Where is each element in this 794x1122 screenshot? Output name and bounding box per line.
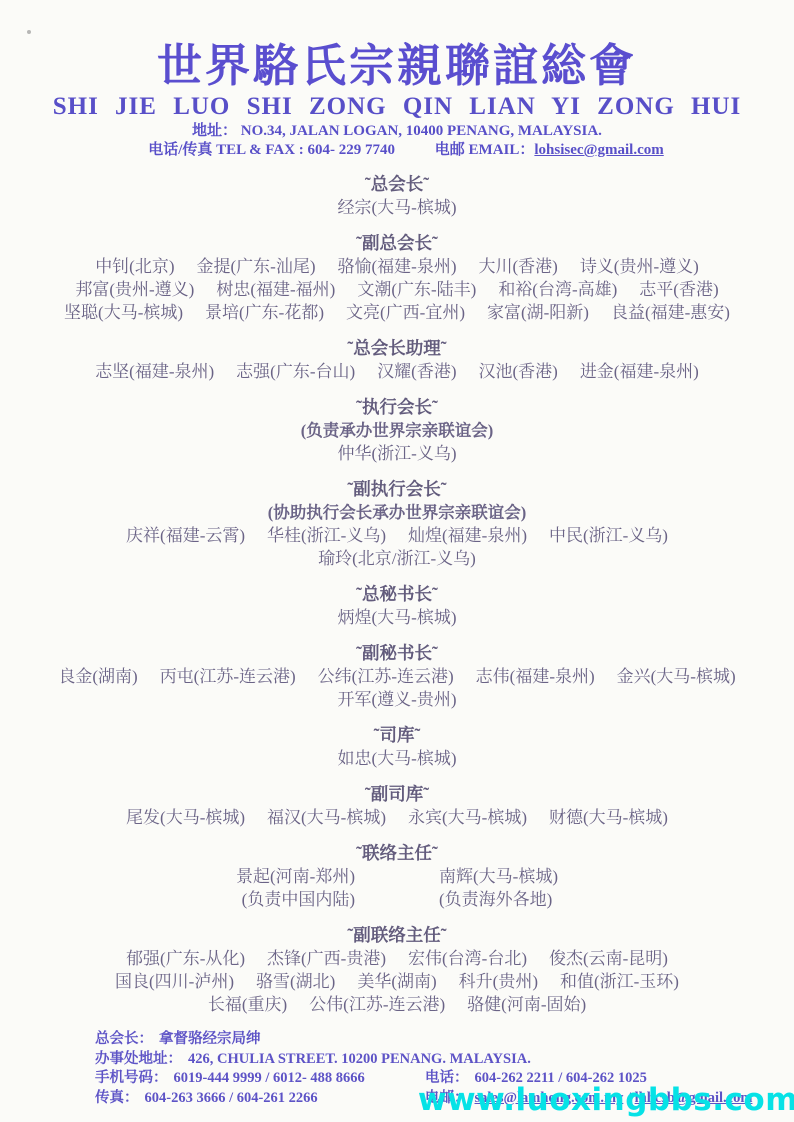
member-name: 公伟(江苏-连云港) — [309, 993, 445, 1016]
member-row: 庆祥(福建-云霄)华桂(浙江-义乌)灿煌(福建-泉州)中民(浙江-义乌) — [0, 524, 794, 547]
section-title: ˜副秘书长˜ — [0, 642, 794, 665]
member-name: 汉耀(香港) — [377, 360, 456, 383]
org-title-chinese: 世界駱氏宗親聯誼総會 — [0, 0, 794, 92]
section-title: ˜司库˜ — [0, 724, 794, 747]
member-name: 开军(遵义-贵州) — [338, 688, 457, 711]
member-name: 丙屯(江苏-连云港) — [160, 665, 296, 688]
member-row: 景起(河南-郑州)南辉(大马-槟城) — [0, 865, 794, 888]
watermark-url: www.luoxingbbs.com — [418, 1082, 794, 1118]
org-email: lohsisec@gmail.com — [534, 142, 663, 158]
member-name: 经宗(大马-槟城) — [338, 196, 457, 219]
member-name: 俊杰(云南-昆明) — [549, 947, 668, 970]
member-name: 良金(湖南) — [58, 665, 137, 688]
section-title: ˜总会长助理˜ — [0, 337, 794, 360]
member-name: 如忠(大马-槟城) — [338, 747, 457, 770]
member-name: 景起(河南-郑州) — [236, 865, 355, 888]
member-name: 诗义(贵州-遵义) — [580, 255, 699, 278]
member-name: 财德(大马-槟城) — [549, 806, 668, 829]
member-row: (负责中国内陆)(负责海外各地) — [0, 888, 794, 911]
member-name: 文潮(广东-陆丰) — [357, 278, 476, 301]
footer-label: 手机号码： — [95, 1070, 168, 1086]
footer-value: 426, CHULIA STREET. 10200 PENANG. MALAYS… — [188, 1051, 531, 1067]
member-name: 科升(贵州) — [459, 970, 538, 993]
officer-section: ˜总会长助理˜志坚(福建-泉州)志强(广东-台山)汉耀(香港)汉池(香港)进金(… — [0, 337, 794, 383]
member-name: 炳煌(大马-槟城) — [338, 606, 457, 629]
member-name: 树忠(福建-福州) — [216, 278, 335, 301]
section-title: ˜副司库˜ — [0, 783, 794, 806]
member-name: 郁强(广东-从化) — [126, 947, 245, 970]
officer-roster: ˜总会长˜经宗(大马-槟城)˜副总会长˜中钊(北京)金提(广东-汕尾)骆愉(福建… — [0, 173, 794, 1016]
scan-speck — [27, 30, 31, 34]
member-name: 骆雪(湖北) — [256, 970, 335, 993]
member-name: 进金(福建-泉州) — [580, 360, 699, 383]
member-name: 大川(香港) — [478, 255, 557, 278]
member-row: 尾发(大马-槟城)福汉(大马-槟城)永宾(大马-槟城)财德(大马-槟城) — [0, 806, 794, 829]
member-name: 南辉(大马-槟城) — [439, 865, 558, 888]
member-name: 福汉(大马-槟城) — [267, 806, 386, 829]
member-name: 公纬(江苏-连云港) — [318, 665, 454, 688]
section-title: ˜执行会长˜ — [0, 396, 794, 419]
officer-section: ˜总秘书长˜炳煌(大马-槟城) — [0, 583, 794, 629]
member-row: 如忠(大马-槟城) — [0, 747, 794, 770]
section-title: ˜副联络主任˜ — [0, 924, 794, 947]
footer-value: 604-263 3666 / 604-261 2266 — [145, 1090, 318, 1106]
member-name: 金提(广东-汕尾) — [197, 255, 316, 278]
member-name: 长福(重庆) — [208, 993, 287, 1016]
member-row: 炳煌(大马-槟城) — [0, 606, 794, 629]
letterhead: 世界駱氏宗親聯誼総會 SHI JIE LUO SHI ZONG QIN LIAN… — [0, 0, 794, 160]
section-title: ˜总秘书长˜ — [0, 583, 794, 606]
officer-section: ˜副总会长˜中钊(北京)金提(广东-汕尾)骆愉(福建-泉州)大川(香港)诗义(贵… — [0, 232, 794, 324]
member-name: 良益(福建-惠安) — [611, 301, 730, 324]
officer-section: ˜联络主任˜景起(河南-郑州)南辉(大马-槟城)(负责中国内陆)(负责海外各地) — [0, 842, 794, 911]
member-name: 志伟(福建-泉州) — [476, 665, 595, 688]
footer-segment: 办事处地址：426, CHULIA STREET. 10200 PENANG. … — [95, 1050, 531, 1070]
member-row: 中钊(北京)金提(广东-汕尾)骆愉(福建-泉州)大川(香港)诗义(贵州-遵义) — [0, 255, 794, 278]
section-note: (负责承办世界宗亲联谊会) — [0, 419, 794, 442]
member-name: 骆愉(福建-泉州) — [338, 255, 457, 278]
member-row: 经宗(大马-槟城) — [0, 196, 794, 219]
footer-line: 总会长：拿督骆经宗局绅 — [95, 1030, 794, 1050]
member-row: 开军(遵义-贵州) — [0, 688, 794, 711]
officer-section: ˜副执行会长˜(协助执行会长承办世界宗亲联谊会)庆祥(福建-云霄)华桂(浙江-义… — [0, 478, 794, 570]
member-name: 骆健(河南-固始) — [467, 993, 586, 1016]
member-name: 杰锋(广西-贵港) — [267, 947, 386, 970]
footer-segment: 总会长：拿督骆经宗局绅 — [95, 1030, 261, 1050]
footer-label: 总会长： — [95, 1031, 153, 1047]
member-name: 庆祥(福建-云霄) — [126, 524, 245, 547]
member-name: 邦富(贵州-遵义) — [75, 278, 194, 301]
member-name: 志强(广东-台山) — [236, 360, 355, 383]
member-name: 尾发(大马-槟城) — [126, 806, 245, 829]
email-label: 电邮 EMAIL： — [435, 142, 535, 158]
member-name: 宏伟(台湾-台北) — [408, 947, 527, 970]
officer-section: ˜司库˜如忠(大马-槟城) — [0, 724, 794, 770]
member-row: 良金(湖南)丙屯(江苏-连云港)公纬(江苏-连云港)志伟(福建-泉州)金兴(大马… — [0, 665, 794, 688]
member-name: 和值(浙江-玉环) — [560, 970, 679, 993]
member-row: 国良(四川-泸州)骆雪(湖北)美华(湖南)科升(贵州)和值(浙江-玉环) — [0, 970, 794, 993]
member-name: 瑜玲(北京/浙江-义乌) — [318, 547, 476, 570]
section-title: ˜联络主任˜ — [0, 842, 794, 865]
member-name: 中民(浙江-义乌) — [549, 524, 668, 547]
member-row: 瑜玲(北京/浙江-义乌) — [0, 547, 794, 570]
member-name: 坚聪(大马-槟城) — [64, 301, 183, 324]
member-row: 长福(重庆)公伟(江苏-连云港)骆健(河南-固始) — [0, 993, 794, 1016]
officer-section: ˜副秘书长˜良金(湖南)丙屯(江苏-连云港)公纬(江苏-连云港)志伟(福建-泉州… — [0, 642, 794, 711]
footer-label: 办事处地址： — [95, 1051, 182, 1067]
member-row: 坚聪(大马-槟城)景培(广东-花都)文亮(广西-宜州)家富(湖-阳新)良益(福建… — [0, 301, 794, 324]
section-title: ˜总会长˜ — [0, 173, 794, 196]
footer-value: 6019-444 9999 / 6012- 488 8666 — [174, 1070, 365, 1086]
org-address: 地址： NO.34, JALAN LOGAN, 10400 PENANG, MA… — [0, 122, 794, 141]
member-row: 志坚(福建-泉州)志强(广东-台山)汉耀(香港)汉池(香港)进金(福建-泉州) — [0, 360, 794, 383]
footer-segment: 传真：604-263 3666 / 604-261 2266 — [95, 1089, 425, 1109]
officer-section: ˜副联络主任˜郁强(广东-从化)杰锋(广西-贵港)宏伟(台湾-台北)俊杰(云南-… — [0, 924, 794, 1016]
member-name: 仲华(浙江-义乌) — [338, 442, 457, 465]
member-name: 景培(广东-花都) — [205, 301, 324, 324]
member-name: 中钊(北京) — [95, 255, 174, 278]
member-name: (负责海外各地) — [439, 888, 552, 911]
org-contact-line: 电话/传真 TEL & FAX : 604- 229 7740 电邮 EMAIL… — [0, 141, 794, 160]
member-name: 美华(湖南) — [357, 970, 436, 993]
member-name: 和裕(台湾-高雄) — [498, 278, 617, 301]
officer-section: ˜执行会长˜(负责承办世界宗亲联谊会)仲华(浙江-义乌) — [0, 396, 794, 465]
member-name: 灿煌(福建-泉州) — [408, 524, 527, 547]
officer-section: ˜总会长˜经宗(大马-槟城) — [0, 173, 794, 219]
footer-value: 拿督骆经宗局绅 — [159, 1031, 261, 1047]
member-name: 志平(香港) — [639, 278, 718, 301]
member-name: (负责中国内陆) — [242, 888, 355, 911]
section-title: ˜副总会长˜ — [0, 232, 794, 255]
member-name: 金兴(大马-槟城) — [617, 665, 736, 688]
member-row: 邦富(贵州-遵义)树忠(福建-福州)文潮(广东-陆丰)和裕(台湾-高雄)志平(香… — [0, 278, 794, 301]
tel-fax-text: 电话/传真 TEL & FAX : 604- 229 7740 — [148, 142, 395, 158]
member-name: 志坚(福建-泉州) — [95, 360, 214, 383]
footer-segment: 手机号码：6019-444 9999 / 6012- 488 8666 — [95, 1069, 425, 1089]
member-row: 郁强(广东-从化)杰锋(广西-贵港)宏伟(台湾-台北)俊杰(云南-昆明) — [0, 947, 794, 970]
section-note: (协助执行会长承办世界宗亲联谊会) — [0, 501, 794, 524]
footer-line: 办事处地址：426, CHULIA STREET. 10200 PENANG. … — [95, 1050, 794, 1070]
section-title: ˜副执行会长˜ — [0, 478, 794, 501]
member-name: 永宾(大马-槟城) — [408, 806, 527, 829]
member-row: 仲华(浙江-义乌) — [0, 442, 794, 465]
footer-label: 传真： — [95, 1090, 139, 1106]
member-name: 文亮(广西-宜州) — [346, 301, 465, 324]
member-name: 华桂(浙江-义乌) — [267, 524, 386, 547]
scanned-document-page: 世界駱氏宗親聯誼総會 SHI JIE LUO SHI ZONG QIN LIAN… — [0, 0, 794, 1122]
member-name: 汉池(香港) — [478, 360, 557, 383]
member-name: 国良(四川-泸州) — [115, 970, 234, 993]
member-name: 家富(湖-阳新) — [487, 301, 589, 324]
org-title-romanized: SHI JIE LUO SHI ZONG QIN LIAN YI ZONG HU… — [0, 92, 794, 122]
officer-section: ˜副司库˜尾发(大马-槟城)福汉(大马-槟城)永宾(大马-槟城)财德(大马-槟城… — [0, 783, 794, 829]
